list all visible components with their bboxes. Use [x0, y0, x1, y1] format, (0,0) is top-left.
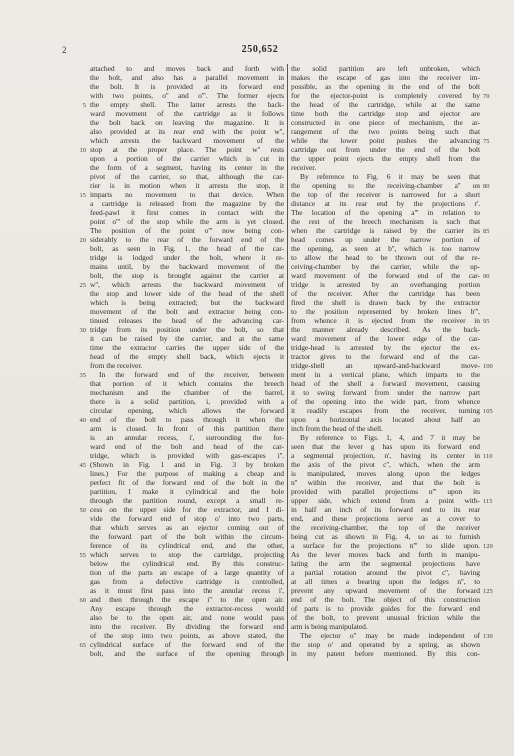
text-line: of the bolt, to prevent unusual friction… — [291, 613, 497, 622]
line-text: in half an inch of its forward end to it… — [291, 505, 480, 514]
text-line: tion of the parts an escape of a large q… — [66, 568, 284, 577]
line-text: also be to the open air, and none would … — [90, 613, 284, 622]
line-text: pivot of the carrier, so that, although … — [90, 172, 284, 181]
line-text: the stop o' and operated by a spring, as… — [291, 640, 480, 649]
text-line: perfect fit of the forward end of the bo… — [66, 478, 284, 487]
text-line: tinued releases the head of the advancin… — [66, 316, 284, 325]
patent-document-page: 2 250,652 attached to and moves back and… — [0, 0, 514, 756]
text-line: 25w'', which arrests the backward moveme… — [66, 280, 284, 289]
text-line: fired the shell is drawn back by the ext… — [291, 298, 497, 307]
line-text: As the lever moves back and forth in man… — [291, 550, 480, 559]
text-line: distance at its rear end by the projecti… — [291, 199, 497, 208]
line-text: through the partition round, except a sm… — [90, 496, 284, 505]
text-line: the manner already described. As the bac… — [291, 325, 497, 334]
text-line: arm is being manipulated. — [291, 622, 497, 631]
line-text: the forward part of the bolt within the … — [90, 532, 284, 541]
text-line: at all times a bearing upon the ledges n… — [291, 577, 497, 586]
line-text: inch from the head of the shell. — [291, 424, 480, 433]
line-text: ward movement of the forward end of the … — [291, 271, 480, 280]
text-line: 90ward movement of the forward end of th… — [291, 271, 497, 280]
text-line: head comes up under the narrow portion o… — [291, 235, 497, 244]
line-number: 90 — [483, 272, 497, 281]
line-text: lating the arm the segmental projections… — [291, 559, 480, 568]
line-text: cartridge out from under the end of the … — [291, 145, 480, 154]
text-line: 20siderably to the rear of the forward e… — [66, 235, 284, 244]
text-line: 40end of the bolt to pass through it whe… — [66, 415, 284, 424]
line-text: as it must first pass into the annular r… — [90, 586, 284, 595]
line-text: for the ejector-point is completely cove… — [291, 91, 480, 100]
line-text: (Shown in Fig. 1 and in Fig. 3 by broken — [90, 460, 284, 469]
text-line: 130The ejector o'' may be made independe… — [291, 631, 497, 640]
line-text: head of the empty shell back, which ejec… — [90, 352, 284, 361]
line-number: 45 — [66, 461, 86, 470]
line-number: 110 — [483, 452, 497, 461]
text-line: 75while the lower point pushes the advan… — [291, 136, 497, 145]
text-line: makes the escape of gas into the receive… — [291, 73, 497, 82]
text-line: the bolt, and also has a parallel moveme… — [66, 73, 284, 82]
line-text: ward movement of the lower edge of the c… — [291, 334, 480, 343]
text-line: tridge is arrested by an overhanging por… — [291, 280, 497, 289]
line-text: gas from a defective cartridge is contro… — [90, 577, 284, 586]
text-line: seen that the lever g has upon its forwa… — [291, 442, 497, 451]
line-number: 30 — [66, 326, 86, 335]
text-line: The position of the point o''' now being… — [66, 226, 284, 235]
text-line: as it must first pass into the annular r… — [66, 586, 284, 595]
text-line: 45(Shown in Fig. 1 and in Fig. 3 by brok… — [66, 460, 284, 469]
line-text: rangement of the two points being such t… — [291, 127, 480, 136]
line-text: mains until, by the backward movement of… — [90, 262, 284, 271]
text-line: pivot of the carrier, so that, although … — [66, 172, 284, 181]
text-line: to the position represented by broken li… — [291, 307, 497, 316]
line-text: it to swing forward from under the narro… — [291, 388, 480, 397]
line-number: 20 — [66, 236, 86, 245]
line-text: bolt, as seen in Fig. 1, the head of the… — [90, 244, 284, 253]
text-line: in half an inch of its forward end to it… — [291, 505, 497, 514]
line-text: it can be raised by the carrier, and at … — [90, 334, 284, 343]
line-text: it readily escapes from the receiver, tu… — [291, 406, 480, 415]
line-text: a surface for the projections n''' to sl… — [291, 541, 480, 550]
text-line: bolt, the stop is brought against the ca… — [66, 271, 284, 280]
line-text: tridge from its position under the bolt,… — [90, 325, 284, 334]
line-text: provided with parallel projections n''' … — [291, 487, 480, 496]
line-number: 5 — [66, 101, 86, 110]
line-text: The position of the point o''' now being… — [90, 226, 284, 235]
line-number: 125 — [483, 587, 497, 596]
line-number: 65 — [66, 641, 86, 650]
text-line: the rest of the breech mechanism is such… — [291, 217, 497, 226]
line-text: point o''' of the stop while the arm is … — [90, 217, 284, 226]
line-text: when the cartridge is raised by the carr… — [291, 226, 480, 235]
text-line: 100tridge-shell an upward-and-backward m… — [291, 361, 497, 370]
line-text: the empty shell. The latter arrests the … — [90, 100, 284, 109]
text-line: possible, as the opening in the end of t… — [291, 82, 497, 91]
line-text: tridge is lodged under the bolt, where i… — [90, 253, 284, 262]
text-line: upon a portion of the carrier which is c… — [66, 154, 284, 163]
text-line: ceiving-chamber by the carrier, while th… — [291, 262, 497, 271]
text-line: 120a surface for the projections n''' to… — [291, 541, 497, 550]
line-number: 25 — [66, 281, 86, 290]
line-text: head of the shell a forward movement, ca… — [291, 379, 480, 388]
line-number: 50 — [66, 506, 86, 515]
line-text: at all times a bearing upon the ledges n… — [291, 577, 480, 586]
line-number: 15 — [66, 191, 86, 200]
text-line: 30tridge from its position under the bol… — [66, 325, 284, 334]
text-line: ward movement of the lower edge of the c… — [291, 334, 497, 343]
text-line: that which serves as an ejector coming o… — [66, 523, 284, 532]
text-line: 125prevent any upward movement of the fo… — [291, 586, 497, 595]
text-line: constructed in one piece of mechanism, t… — [291, 118, 497, 127]
text-line: receiver. — [291, 163, 497, 172]
line-text: ceiving-chamber by the carrier, while th… — [291, 262, 480, 271]
text-line: By reference to Figs. 1, 4, and 7 it may… — [291, 433, 497, 442]
left-text-column: attached to and moves back and forth wit… — [66, 64, 284, 658]
text-line: bolt, as seen in Fig. 1, the head of the… — [66, 244, 284, 253]
line-text: to allow the head to be thrown out of th… — [291, 253, 480, 262]
text-line: 50cess on the upper side for the extract… — [66, 505, 284, 514]
text-line: attached to and moves back and forth wit… — [66, 64, 284, 73]
text-line: 10stop at the proper place. The point w'… — [66, 145, 284, 154]
line-text: distance at its rear end by the projecti… — [291, 199, 480, 208]
text-line: 5the empty shell. The latter arrests the… — [66, 100, 284, 109]
text-line: the axis of the pivot c'', which, when t… — [291, 460, 497, 469]
line-text: of the bolt, to prevent unusual friction… — [291, 613, 480, 622]
line-text: the upper point ejects the empty shell f… — [291, 154, 480, 163]
text-line: circular opening, which allows the forwa… — [66, 406, 284, 415]
text-line: there is a solid partition, i, provided … — [66, 397, 284, 406]
line-text: constructed in one piece of mechanism, t… — [291, 118, 480, 127]
text-line: ward movement of the cartridge as it fol… — [66, 109, 284, 118]
text-line: tridge is lodged under the bolt, where i… — [66, 253, 284, 262]
line-text: a partial rotation around the pivot c'',… — [291, 568, 480, 577]
text-line: cartridge out from under the end of the … — [291, 145, 497, 154]
line-text: of the receiver. After the cartridge has… — [291, 289, 480, 298]
line-text: end of the bolt to pass through it when … — [90, 415, 284, 424]
text-line: it can be raised by the carrier, and at … — [66, 334, 284, 343]
line-text: being cut as shown in Fig. 4, so as to f… — [291, 532, 480, 541]
text-line: Any escape through the extractor-recess … — [66, 604, 284, 613]
line-number: 70 — [483, 92, 497, 101]
line-text: from the receiver. — [90, 361, 284, 370]
line-text: the bolt. It is provided at its forward … — [90, 82, 284, 91]
line-text: into the receiver. By dividing the forwa… — [90, 622, 284, 631]
line-text: perfect fit of the forward end of the bo… — [90, 478, 284, 487]
text-line: of the stop into two points, as above st… — [66, 631, 284, 640]
line-text: w'', which arrests the backward movement… — [90, 280, 284, 289]
line-text: while the lower point pushes the advanci… — [291, 136, 480, 145]
line-number: 115 — [483, 497, 497, 506]
text-line: head of the empty shell back, which ejec… — [66, 352, 284, 361]
line-text: The ejector o'' may be made independent … — [291, 631, 480, 640]
text-line: the receiving-chamber, the top of the re… — [291, 523, 497, 532]
line-text: head comes up under the narrow portion o… — [291, 235, 480, 244]
text-line: upon a horizontal axis located about hal… — [291, 415, 497, 424]
line-text: tinued releases the head of the advancin… — [90, 316, 284, 325]
line-number: 130 — [483, 632, 497, 641]
line-text: cylindrical surface of the forward end o… — [90, 640, 284, 649]
line-text: prevent any upward movement of the forwa… — [291, 586, 480, 595]
line-text: tridge is arrested by an overhanging por… — [291, 280, 480, 289]
line-text: to the position represented by broken li… — [291, 307, 480, 316]
text-line: lines.) For the purpose of making a chea… — [66, 469, 284, 478]
line-text: below the cylindrical end. By this const… — [90, 559, 284, 568]
line-text: also provided at its rear end with the p… — [90, 127, 284, 136]
line-text: upon a horizontal axis located about hal… — [291, 415, 480, 424]
line-text: attached to and moves back and forth wit… — [90, 64, 284, 73]
line-number: 85 — [483, 227, 497, 236]
line-text: the bolt, and also has a parallel moveme… — [90, 73, 284, 82]
line-text: is manipulated, moves along upon the led… — [291, 469, 480, 478]
line-text: By reference to Fig. 6 it may be seen th… — [291, 172, 480, 181]
text-line: from the receiver. — [66, 361, 284, 370]
line-text: tridge-head is arrested by the ejector t… — [291, 343, 480, 352]
text-line: head of the shell a forward movement, ca… — [291, 379, 497, 388]
text-line: tridge, which is provided with gas-escap… — [66, 451, 284, 460]
text-line: the forward part of the bolt within the … — [66, 532, 284, 541]
text-line: feed-pawl it first comes in contact with… — [66, 208, 284, 217]
line-text: of the opening into the wide part, from … — [291, 397, 480, 406]
text-line: the bolt back on leaving the magazine. I… — [66, 118, 284, 127]
line-text: is an annular recess, i', surrounding th… — [90, 433, 284, 442]
line-text: tridge, which is provided with gas-escap… — [90, 451, 284, 460]
line-text: which arrests the backward movement of t… — [90, 136, 284, 145]
line-text: stop at the proper place. The point w'' … — [90, 145, 284, 154]
text-line: below the cylindrical end. By this const… — [66, 559, 284, 568]
text-line: to allow the head to be thrown out of th… — [291, 253, 497, 262]
line-text: which serves to stop the cartridge, proj… — [90, 550, 284, 559]
text-line: is manipulated, moves along upon the led… — [291, 469, 497, 478]
text-line: The location of the opening a''' in rela… — [291, 208, 497, 217]
text-line: through the partition round, except a sm… — [66, 496, 284, 505]
line-number: 100 — [483, 362, 497, 371]
text-line: 95from whence it is ejected from the rec… — [291, 316, 497, 325]
line-text: with two points, o'' and o'''. The forme… — [90, 91, 284, 100]
text-line: rier is in motion when it arrests the st… — [66, 181, 284, 190]
line-text: the opening to the receiving-chamber a''… — [291, 181, 480, 190]
line-text: makes the escape of gas into the receive… — [291, 73, 480, 82]
text-line: end, and these projections serve as a co… — [291, 514, 497, 523]
text-line: mechanism and the chamber of the barrel, — [66, 388, 284, 397]
text-line: the stop o' and operated by a spring, as… — [291, 640, 497, 649]
line-text: time both the cartridge stop and ejector… — [291, 109, 480, 118]
line-text: receiver. — [291, 163, 480, 172]
text-line: n'' within the receiver, and that the bo… — [291, 478, 497, 487]
line-text: rier is in motion when it arrests the st… — [90, 181, 284, 190]
line-text: Any escape through the extractor-recess … — [90, 604, 284, 613]
text-line: As the lever moves back and forth in man… — [291, 550, 497, 559]
text-line: the solid partition are left unbroken, w… — [291, 64, 497, 73]
patent-number: 250,652 — [180, 44, 340, 55]
line-text: the manner already described. As the bac… — [291, 325, 480, 334]
text-line: time the extractor carries the upper sid… — [66, 343, 284, 352]
text-line: 115upper side, which extend from a point… — [291, 496, 497, 505]
text-line: the form of a segment, having its center… — [66, 163, 284, 172]
line-number: 10 — [66, 146, 86, 155]
line-text: a segmental projection, n', having its c… — [291, 451, 480, 460]
line-text: feed-pawl it first comes in contact with… — [90, 208, 284, 217]
column-divider-rule — [287, 64, 288, 661]
line-text: ference of its cylindrical end, and the … — [90, 541, 284, 550]
text-line: also provided at its rear end with the p… — [66, 127, 284, 136]
text-line: 55which serves to stop the cartridge, pr… — [66, 550, 284, 559]
text-line: 15imparts no movement to that device. Wh… — [66, 190, 284, 199]
text-line: the opening, as seen at b'', which is to… — [291, 244, 497, 253]
text-line: which is being extracted; but the backwa… — [66, 298, 284, 307]
text-line: 105it readily escapes from the receiver,… — [291, 406, 497, 415]
line-text: ment in a vertical plane, which imparts … — [291, 370, 480, 379]
text-line: of the receiver. After the cartridge has… — [291, 289, 497, 298]
line-text: upon a portion of the carrier which is c… — [90, 154, 284, 163]
text-line: in my patent before mentioned. By this c… — [291, 649, 497, 658]
line-text: bolt, and the surface of the opening thr… — [90, 649, 284, 658]
line-text: movement of the bolt and extractor being… — [90, 307, 284, 316]
line-text: fired the shell is drawn back by the ext… — [291, 298, 480, 307]
line-text: the axis of the pivot c'', which, when t… — [291, 460, 480, 469]
line-text: bolt, the stop is brought against the ca… — [90, 271, 284, 280]
line-text: the receiving-chamber, the top of the re… — [291, 523, 480, 532]
text-line: 110a segmental projection, n', having it… — [291, 451, 497, 460]
text-line: 35In the forward end of the receiver, be… — [66, 370, 284, 379]
text-line: partition, I make it cylindrical and the… — [66, 487, 284, 496]
text-line: By reference to Fig. 6 it may be seen th… — [291, 172, 497, 181]
line-text: partition, I make it cylindrical and the… — [90, 487, 284, 496]
text-line: tridge-head is arrested by the ejector t… — [291, 343, 497, 352]
line-text: there is a solid partition, i, provided … — [90, 397, 284, 406]
line-text: and then through the escape i'' to the o… — [90, 595, 284, 604]
line-number: 75 — [483, 137, 497, 146]
text-line: it to swing forward from under the narro… — [291, 388, 497, 397]
text-line: end of the bolt. The object of this cons… — [291, 595, 497, 604]
text-line: of the opening into the wide part, from … — [291, 397, 497, 406]
line-text: mechanism and the chamber of the barrel, — [90, 388, 284, 397]
text-line: which arrests the backward movement of t… — [66, 136, 284, 145]
line-text: that portion of it which contains the br… — [90, 379, 284, 388]
line-text: The location of the opening a''' in rela… — [291, 208, 480, 217]
text-line: 65cylindrical surface of the forward end… — [66, 640, 284, 649]
line-number: 35 — [66, 371, 86, 380]
text-line: ference of its cylindrical end, and the … — [66, 541, 284, 550]
text-line: arm is closed. In front of this partitio… — [66, 424, 284, 433]
line-number: 80 — [483, 182, 497, 191]
text-line: tractor gives to the forward end of the … — [291, 352, 497, 361]
text-line: 85when the cartridge is raised by the ca… — [291, 226, 497, 235]
line-text: tridge-shell an upward-and-backward move… — [291, 361, 480, 370]
text-line: inch from the head of the shell. — [291, 424, 497, 433]
text-line: with two points, o'' and o'''. The forme… — [66, 91, 284, 100]
text-line: the stop and lower side of the head of t… — [66, 289, 284, 298]
line-text: of the stop into two points, as above st… — [90, 631, 284, 640]
text-line: being cut as shown in Fig. 4, so as to f… — [291, 532, 497, 541]
text-line: time both the cartridge stop and ejector… — [291, 109, 497, 118]
text-line: is an annular recess, i', surrounding th… — [66, 433, 284, 442]
line-text: circular opening, which allows the forwa… — [90, 406, 284, 415]
line-text: time the extractor carries the upper sid… — [90, 343, 284, 352]
text-line: a partial rotation around the pivot c'',… — [291, 568, 497, 577]
text-line: the bolt. It is provided at its forward … — [66, 82, 284, 91]
line-text: from whence it is ejected from the recei… — [291, 316, 480, 325]
text-line: a cartridge is released from the magazin… — [66, 199, 284, 208]
text-line: rangement of the two points being such t… — [291, 127, 497, 136]
line-text: the head of the cartridge, while at the … — [291, 100, 480, 109]
text-line: ward end of the bolt and head of the car… — [66, 442, 284, 451]
text-line: that portion of it which contains the br… — [66, 379, 284, 388]
page-number: 2 — [62, 45, 67, 55]
line-text: the bolt back on leaving the magazine. I… — [90, 118, 284, 127]
text-line: provided with parallel projections n''' … — [291, 487, 497, 496]
line-text: In the forward end of the receiver, betw… — [90, 370, 284, 379]
line-number: 120 — [483, 542, 497, 551]
line-number: 60 — [66, 596, 86, 605]
line-text: end, and these projections serve as a co… — [291, 514, 480, 523]
line-text: arm is closed. In front of this partitio… — [90, 424, 284, 433]
line-text: possible, as the opening in the end of t… — [291, 82, 480, 91]
line-text: seen that the lever g has upon its forwa… — [291, 442, 480, 451]
text-line: gas from a defective cartridge is contro… — [66, 577, 284, 586]
text-line: point o''' of the stop while the arm is … — [66, 217, 284, 226]
line-text: in my patent before mentioned. By this c… — [291, 649, 480, 658]
text-line: 70for the ejector-point is completely co… — [291, 91, 497, 100]
text-line: the top of the receiver is narrowed for … — [291, 190, 497, 199]
line-text: imparts no movement to that device. When — [90, 190, 284, 199]
line-text: the opening, as seen at b'', which is to… — [291, 244, 480, 253]
text-line: movement of the bolt and extractor being… — [66, 307, 284, 316]
line-text: the top of the receiver is narrowed for … — [291, 190, 480, 199]
text-line: lating the arm the segmental projections… — [291, 559, 497, 568]
text-line: also be to the open air, and none would … — [66, 613, 284, 622]
line-text: tractor gives to the forward end of the … — [291, 352, 480, 361]
text-line: ment in a vertical plane, which imparts … — [291, 370, 497, 379]
text-line: vide the forward end of stop o' into two… — [66, 514, 284, 523]
line-text: ward movement of the cartridge as it fol… — [90, 109, 284, 118]
line-text: that which serves as an ejector coming o… — [90, 523, 284, 532]
text-line: into the receiver. By dividing the forwa… — [66, 622, 284, 631]
text-line: bolt, and the surface of the opening thr… — [66, 649, 284, 658]
line-text: of parts is to provide guides for the fo… — [291, 604, 480, 613]
line-text: end of the bolt. The object of this cons… — [291, 595, 480, 604]
text-line: the head of the cartridge, while at the … — [291, 100, 497, 109]
right-text-column: the solid partition are left unbroken, w… — [291, 64, 497, 658]
line-text: cess on the upper side for the extractor… — [90, 505, 284, 514]
line-text: n'' within the receiver, and that the bo… — [291, 478, 480, 487]
line-text: siderably to the rear of the forward end… — [90, 235, 284, 244]
line-text: the rest of the breech mechanism is such… — [291, 217, 480, 226]
text-line: the upper point ejects the empty shell f… — [291, 154, 497, 163]
line-text: ward end of the bolt and head of the car… — [90, 442, 284, 451]
line-text: vide the forward end of stop o' into two… — [90, 514, 284, 523]
line-number: 105 — [483, 407, 497, 416]
line-text: arm is being manipulated. — [291, 622, 480, 631]
line-text: the form of a segment, having its center… — [90, 163, 284, 172]
line-text: upper side, which extend from a point wi… — [291, 496, 480, 505]
text-line: 80the opening to the receiving-chamber a… — [291, 181, 497, 190]
line-text: tion of the parts an escape of a large q… — [90, 568, 284, 577]
line-text: which is being extracted; but the backwa… — [90, 298, 284, 307]
line-text: lines.) For the purpose of making a chea… — [90, 469, 284, 478]
line-number: 55 — [66, 551, 86, 560]
line-text: the solid partition are left unbroken, w… — [291, 64, 480, 73]
line-text: By reference to Figs. 1, 4, and 7 it may… — [291, 433, 480, 442]
line-text: the stop and lower side of the head of t… — [90, 289, 284, 298]
line-number: 40 — [66, 416, 86, 425]
line-number: 95 — [483, 317, 497, 326]
text-line: of parts is to provide guides for the fo… — [291, 604, 497, 613]
text-line: 60and then through the escape i'' to the… — [66, 595, 284, 604]
text-line: mains until, by the backward movement of… — [66, 262, 284, 271]
line-text: a cartridge is released from the magazin… — [90, 199, 284, 208]
